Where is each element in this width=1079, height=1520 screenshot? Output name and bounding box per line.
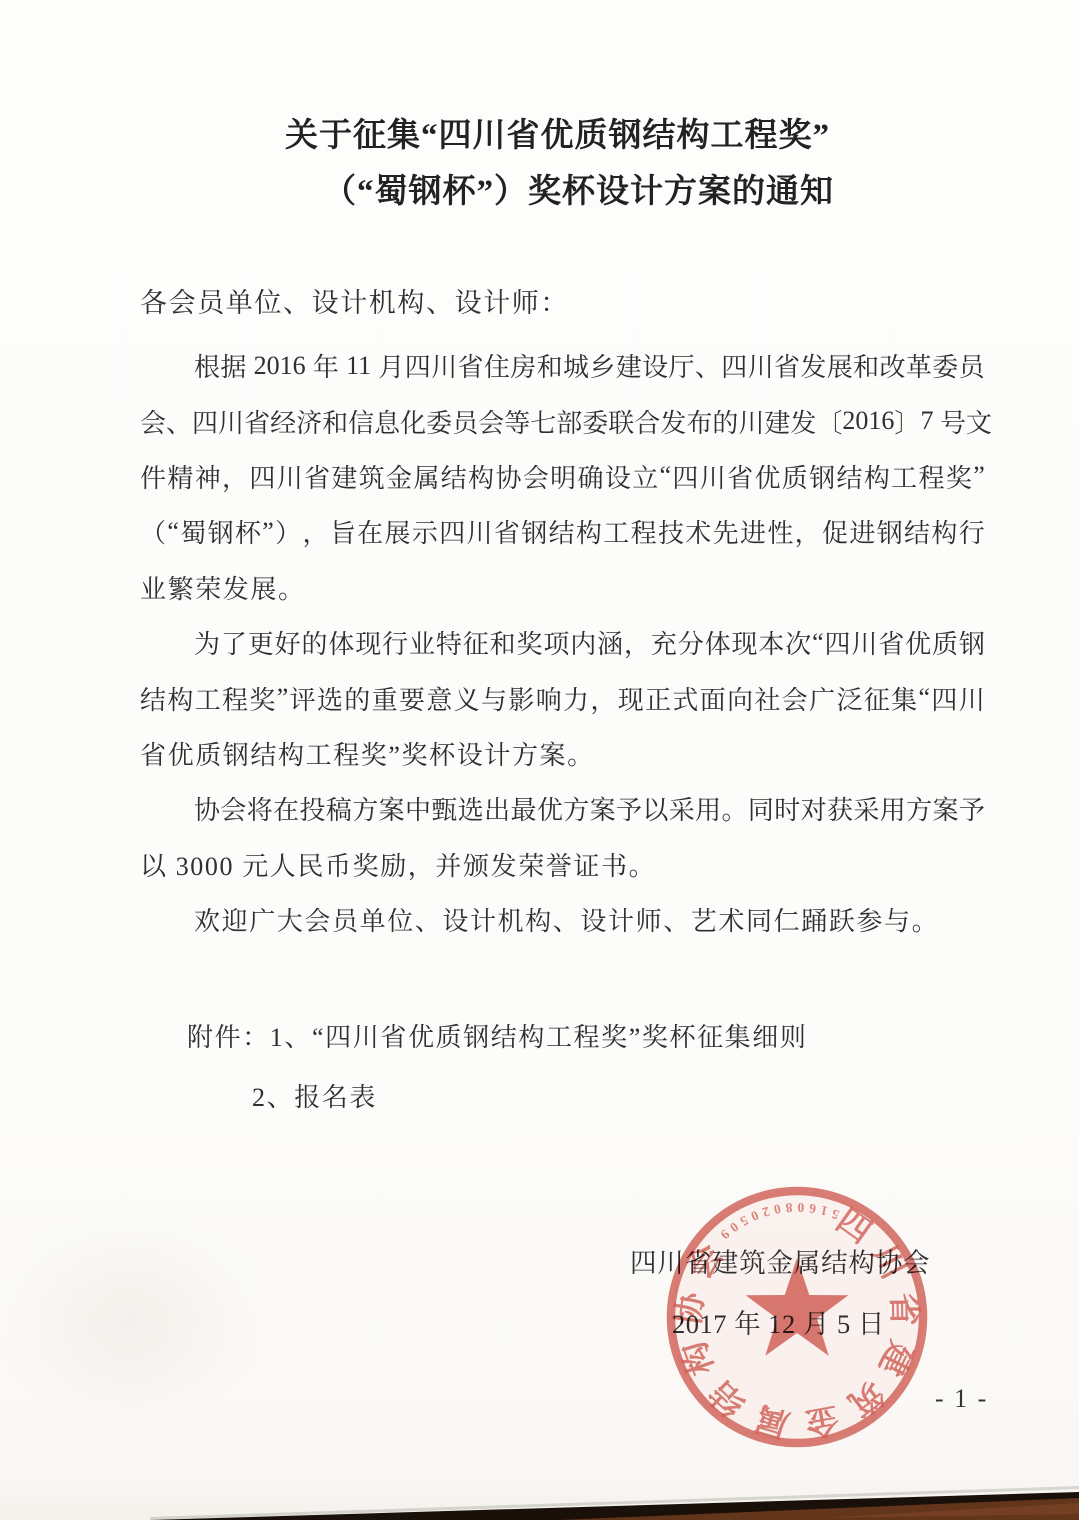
para3-line2: 以 3000 元人民币奖励，并颁发荣誉证书。 [140, 837, 985, 892]
para1-line5: 业繁荣发展。 [140, 560, 985, 615]
para1-line3: 件精神，四川省建筑金属结构协会明确设立“四川省优质钢结构工程奖” [140, 449, 985, 504]
para1-line1: 根据 2016 年 11 月四川省住房和城乡建设厅、四川省发展和改革委员 [140, 338, 985, 393]
para2-line1: 为了更好的体现行业特征和奖项内涵，充分体现本次“四川省优质钢 [140, 615, 985, 670]
attachment-line-1: 附件：1、“四川省优质钢结构工程奖”奖杯征集细则 [187, 1008, 807, 1068]
photo-table-edge [0, 1480, 1079, 1520]
para3-line1: 协会将在投稿方案中甄选出最优方案予以采用。同时对获采用方案予 [140, 781, 985, 836]
document-title: 关于征集“四川省优质钢结构工程奖” （“蜀钢杯”）奖杯设计方案的通知 [140, 108, 985, 220]
official-seal-stamp: 四川省建筑金属结构协会 51608020509 [647, 1167, 947, 1467]
paper-smudge [0, 1215, 260, 1425]
para1-line2: 会、四川省经济和信息化委员会等七部委联合发布的川建发〔2016〕7 号文 [140, 393, 985, 448]
attachments-block: 附件：1、“四川省优质钢结构工程奖”奖杯征集细则 2、报名表 [187, 1008, 807, 1128]
scanned-notice-page: 关于征集“四川省优质钢结构工程奖” （“蜀钢杯”）奖杯设计方案的通知 各会员单位… [0, 0, 1079, 1520]
para4-line1: 欢迎广大会员单位、设计机构、设计师、艺术同仁踊跃参与。 [140, 892, 985, 947]
para2-line2: 结构工程奖”评选的重要意义与影响力，现正式面向社会广泛征集“四川 [140, 670, 985, 725]
attachment-line-2: 2、报名表 [187, 1068, 807, 1128]
title-line-2: （“蜀钢杯”）奖杯设计方案的通知 [156, 164, 1001, 220]
para2-line3: 省优质钢结构工程奖”奖杯设计方案。 [140, 726, 985, 781]
para1-line4: （“蜀钢杯”），旨在展示四川省钢结构工程技术先进性，促进钢结构行 [140, 504, 985, 559]
salutation: 各会员单位、设计机构、设计师： [140, 281, 569, 320]
title-line-1: 关于征集“四川省优质钢结构工程奖” [135, 108, 980, 164]
body-text: 根据 2016 年 11 月四川省住房和城乡建设厅、四川省发展和改革委员 会、四… [140, 338, 985, 947]
paper-sheet: 关于征集“四川省优质钢结构工程奖” （“蜀钢杯”）奖杯设计方案的通知 各会员单位… [0, 0, 1079, 1520]
